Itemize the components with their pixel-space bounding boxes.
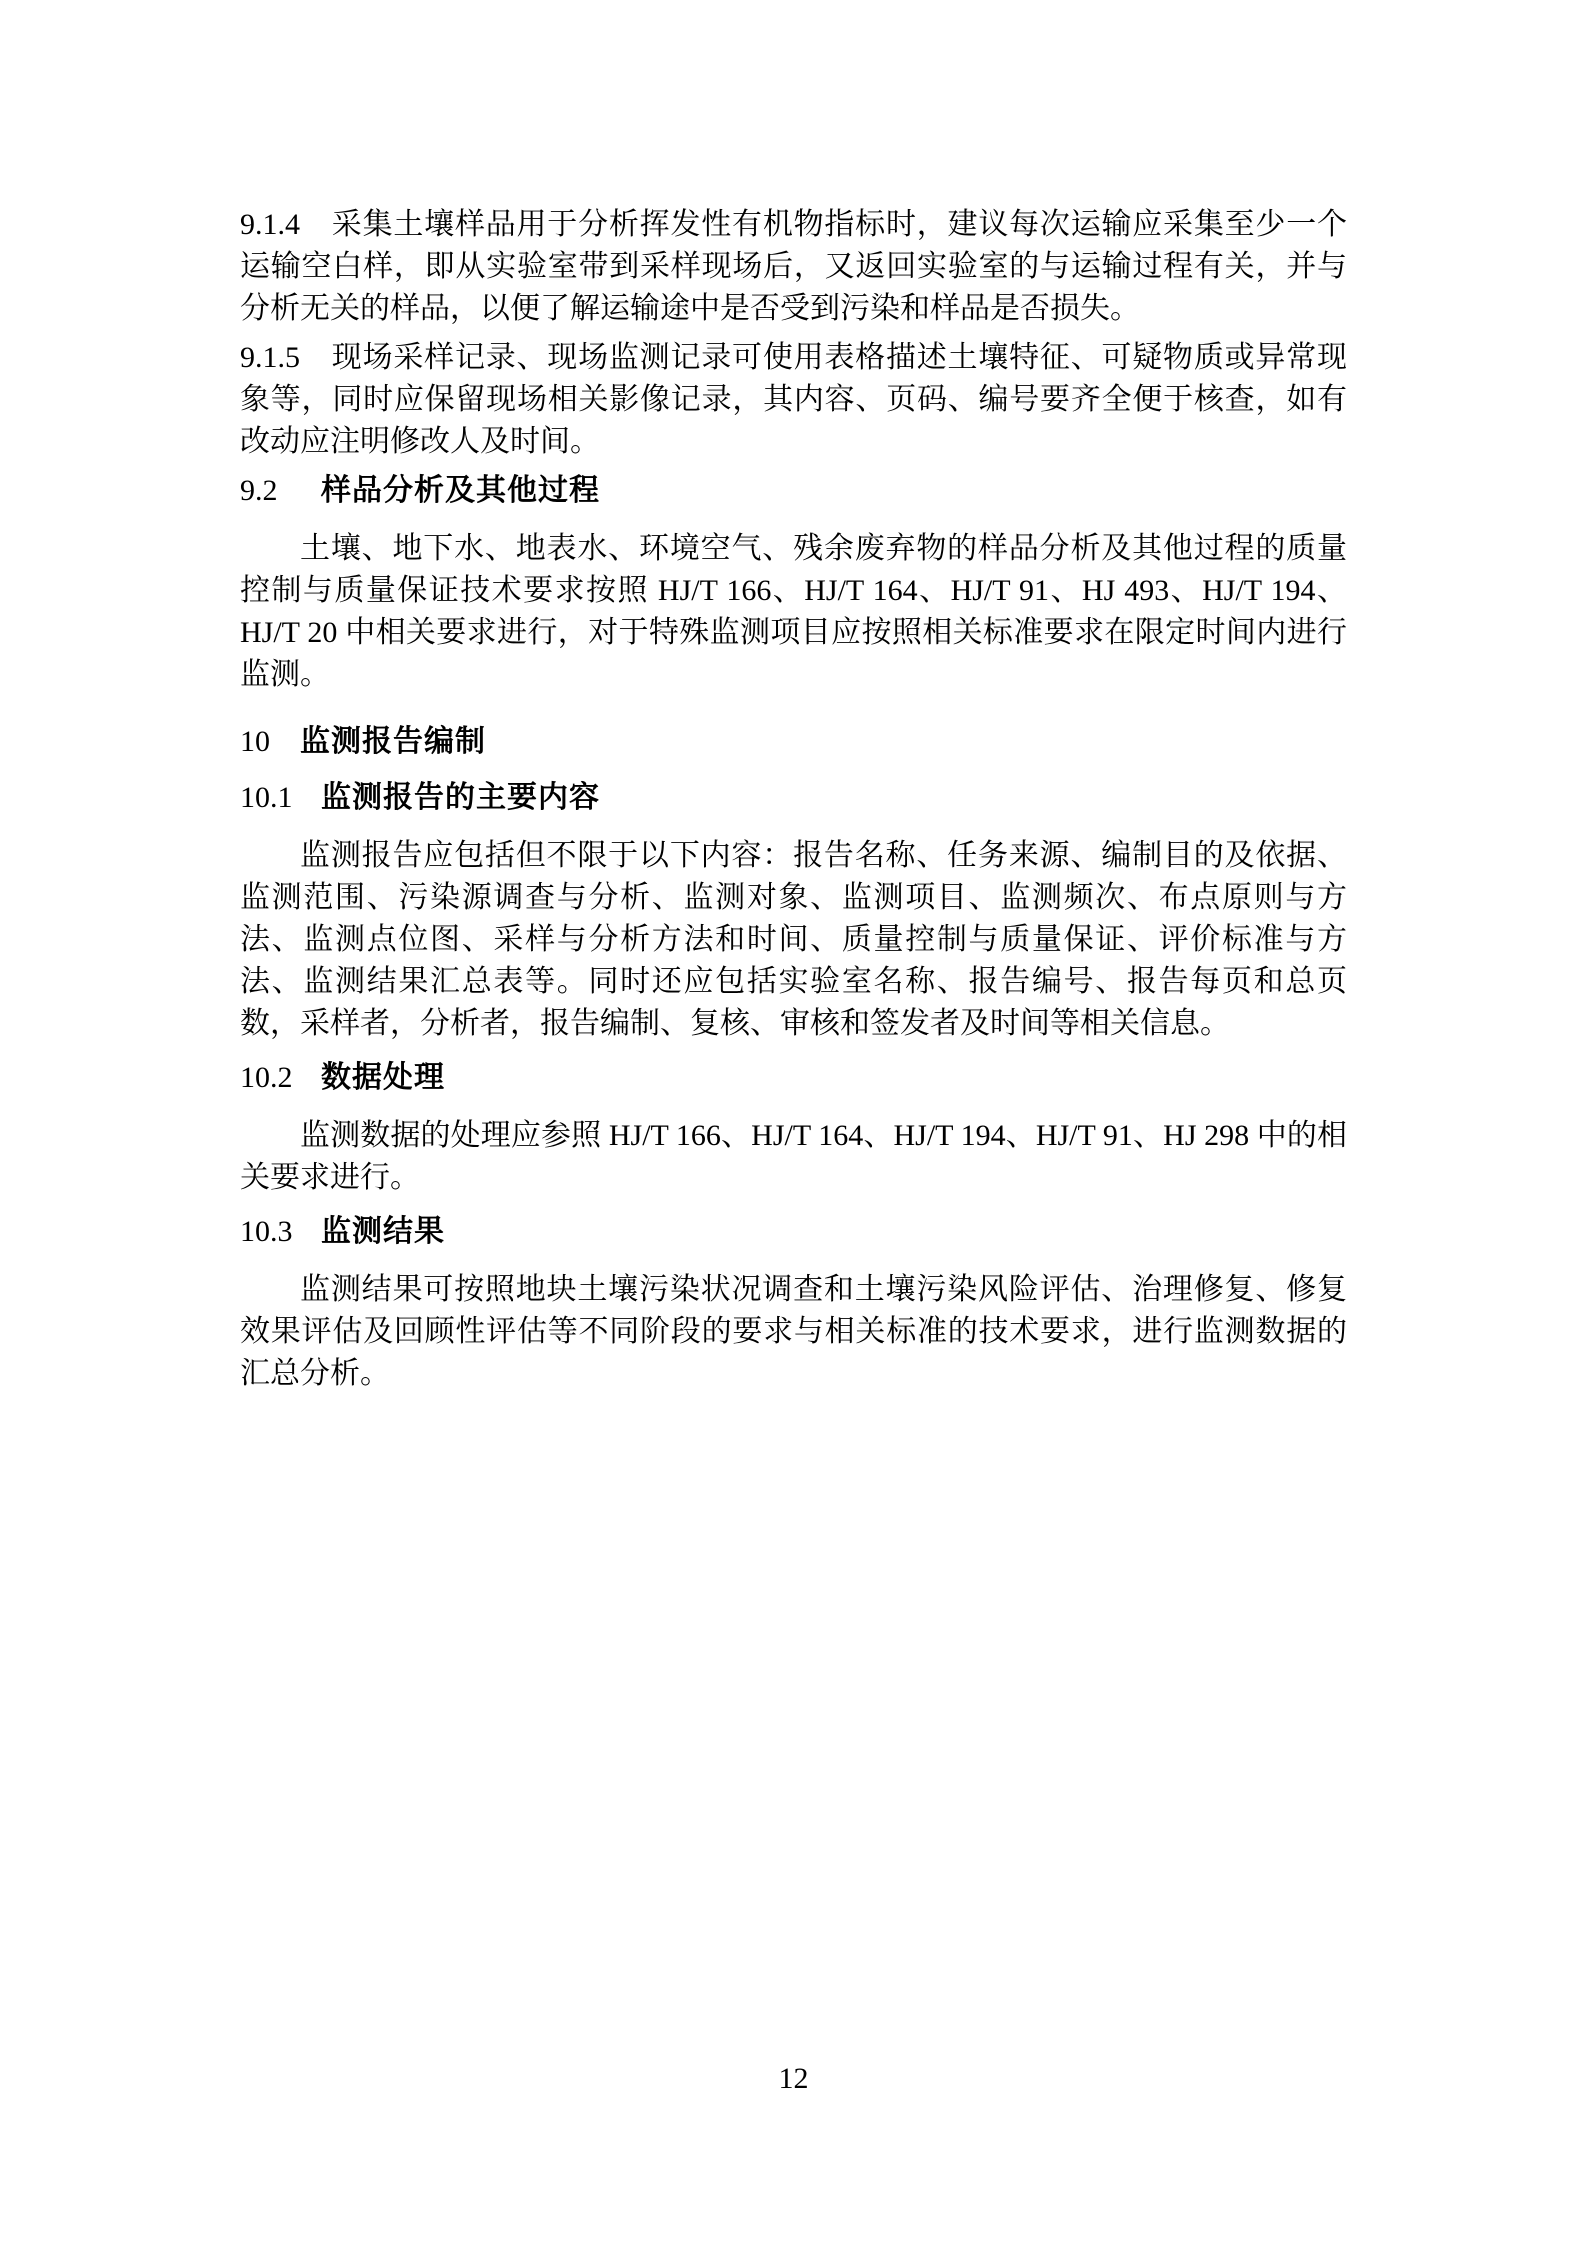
chapter-title: 监测报告编制 <box>300 725 486 758</box>
section-title: 监测报告的主要内容 <box>321 781 600 814</box>
section-number: 10.1 <box>240 777 321 819</box>
section-title: 监测结果 <box>321 1215 445 1248</box>
section-number: 10.3 <box>240 1211 321 1253</box>
page-content: 9.1.4采集土壤样品用于分析挥发性有机物指标时，建议每次运输应采集至少一个运输… <box>240 0 1347 1407</box>
document-page: 9.1.4采集土壤样品用于分析挥发性有机物指标时，建议每次运输应采集至少一个运输… <box>0 0 1587 2245</box>
page-number: 12 <box>0 2058 1587 2100</box>
section-heading-9-2: 9.2样品分析及其他过程 <box>240 470 1347 512</box>
section-number: 9.2 <box>240 470 321 512</box>
chapter-number: 10 <box>240 721 300 763</box>
clause-text: 现场采样记录、现场监测记录可使用表格描述土壤特征、可疑物质或异常现象等，同时应保… <box>240 341 1347 458</box>
section-title: 数据处理 <box>321 1061 445 1094</box>
paragraph-9-2: 土壤、地下水、地表水、环境空气、残余废弃物的样品分析及其他过程的质量控制与质量保… <box>240 528 1347 696</box>
paragraph-10-3: 监测结果可按照地块土壤污染状况调查和土壤污染风险评估、治理修复、修复效果评估及回… <box>240 1269 1347 1395</box>
section-heading-10-2: 10.2数据处理 <box>240 1057 1347 1099</box>
clause-number: 9.1.5 <box>240 341 300 374</box>
paragraph-10-1: 监测报告应包括但不限于以下内容：报告名称、任务来源、编制目的及依据、监测范围、污… <box>240 835 1347 1045</box>
clause-text: 采集土壤样品用于分析挥发性有机物指标时，建议每次运输应采集至少一个运输空白样，即… <box>240 208 1347 325</box>
section-heading-10-1: 10.1监测报告的主要内容 <box>240 777 1347 819</box>
clause-number: 9.1.4 <box>240 208 300 241</box>
section-number: 10.2 <box>240 1057 321 1099</box>
section-title: 样品分析及其他过程 <box>321 474 600 507</box>
clause-9-1-5: 9.1.5现场采样记录、现场监测记录可使用表格描述土壤特征、可疑物质或异常现象等… <box>240 337 1347 463</box>
clause-9-1-4: 9.1.4采集土壤样品用于分析挥发性有机物指标时，建议每次运输应采集至少一个运输… <box>240 204 1347 330</box>
paragraph-10-2: 监测数据的处理应参照 HJ/T 166、HJ/T 164、HJ/T 194、HJ… <box>240 1115 1347 1199</box>
section-heading-10-3: 10.3监测结果 <box>240 1211 1347 1253</box>
chapter-heading-10: 10监测报告编制 <box>240 721 1347 763</box>
